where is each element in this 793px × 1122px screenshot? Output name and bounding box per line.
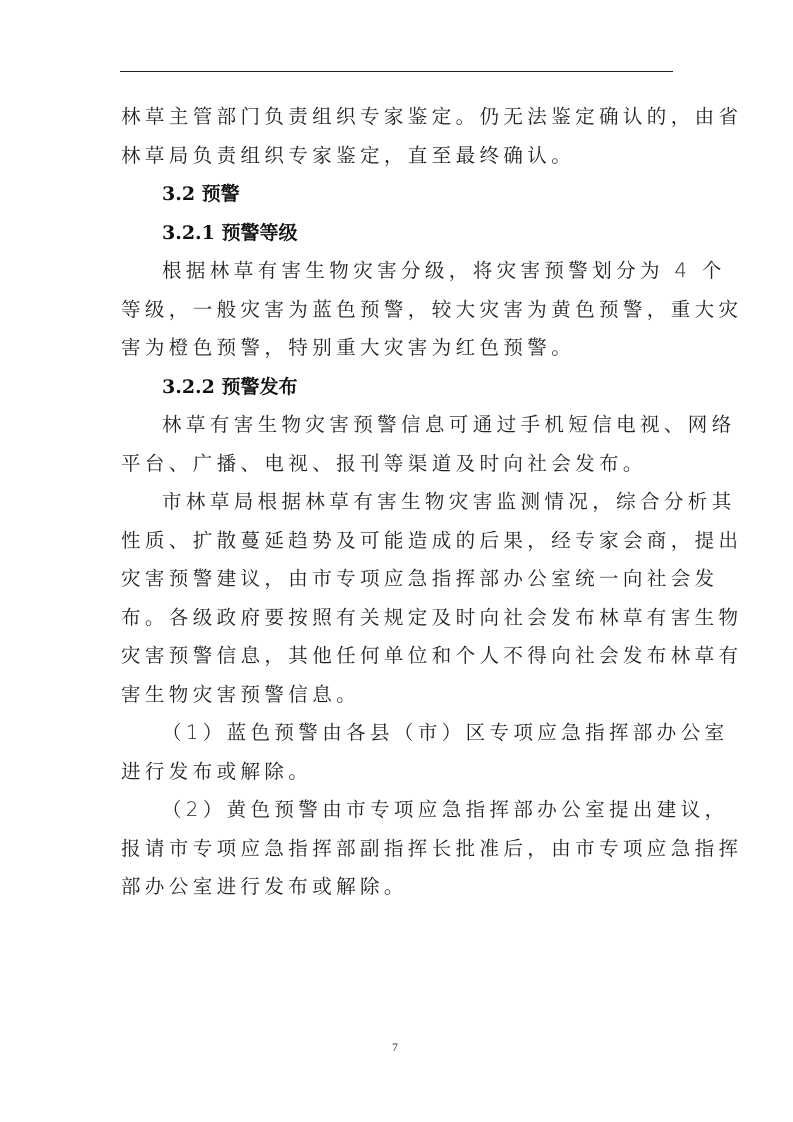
subsection-heading: 3.2.1 预警等级 (121, 214, 674, 253)
subsection-heading: 3.2.2 预警发布 (121, 368, 674, 407)
list-item-line: 部办公室进行发布或解除。 (121, 868, 674, 907)
body-line: 性质、扩散蔓延趋势及可能造成的后果，经专家会商，提出 (121, 522, 674, 561)
body-line: 平台、广播、电视、报刊等渠道及时向社会发布。 (121, 445, 674, 484)
list-item-line: （1）蓝色预警由各县（市）区专项应急指挥部办公室 (121, 714, 674, 753)
body-line: 根据林草有害生物灾害分级，将灾害预警划分为 4 个 (121, 252, 674, 291)
body-line: 害为橙色预警，特别重大灾害为红色预警。 (121, 329, 674, 368)
list-item-line: （2）黄色预警由市专项应急指挥部办公室提出建议， (121, 791, 674, 830)
body-line: 灾害预警建议，由市专项应急指挥部办公室统一向社会发 (121, 560, 674, 599)
page-content: 林草主管部门负责组织专家鉴定。仍无法鉴定确认的，由省 林草局负责组织专家鉴定，直… (121, 98, 674, 907)
list-item-line: 报请市专项应急指挥部副指挥长批准后，由市专项应急指挥 (121, 830, 674, 869)
body-line: 等级，一般灾害为蓝色预警，较大灾害为黄色预警，重大灾 (121, 291, 674, 330)
body-line: 林草局负责组织专家鉴定，直至最终确认。 (121, 137, 674, 176)
section-heading: 3.2 预警 (121, 175, 674, 214)
body-line: 林草有害生物灾害预警信息可通过手机短信电视、网络 (121, 406, 674, 445)
body-line: 害生物灾害预警信息。 (121, 676, 674, 715)
document-page: 林草主管部门负责组织专家鉴定。仍无法鉴定确认的，由省 林草局负责组织专家鉴定，直… (0, 0, 793, 1122)
header-rule (120, 71, 673, 72)
body-line: 灾害预警信息，其他任何单位和个人不得向社会发布林草有 (121, 637, 674, 676)
body-line: 布。各级政府要按照有关规定及时向社会发布林草有害生物 (121, 599, 674, 638)
body-line: 市林草局根据林草有害生物灾害监测情况，综合分析其 (121, 483, 674, 522)
body-line: 林草主管部门负责组织专家鉴定。仍无法鉴定确认的，由省 (121, 98, 674, 137)
page-number: 7 (392, 1040, 398, 1055)
list-item-line: 进行发布或解除。 (121, 753, 674, 792)
